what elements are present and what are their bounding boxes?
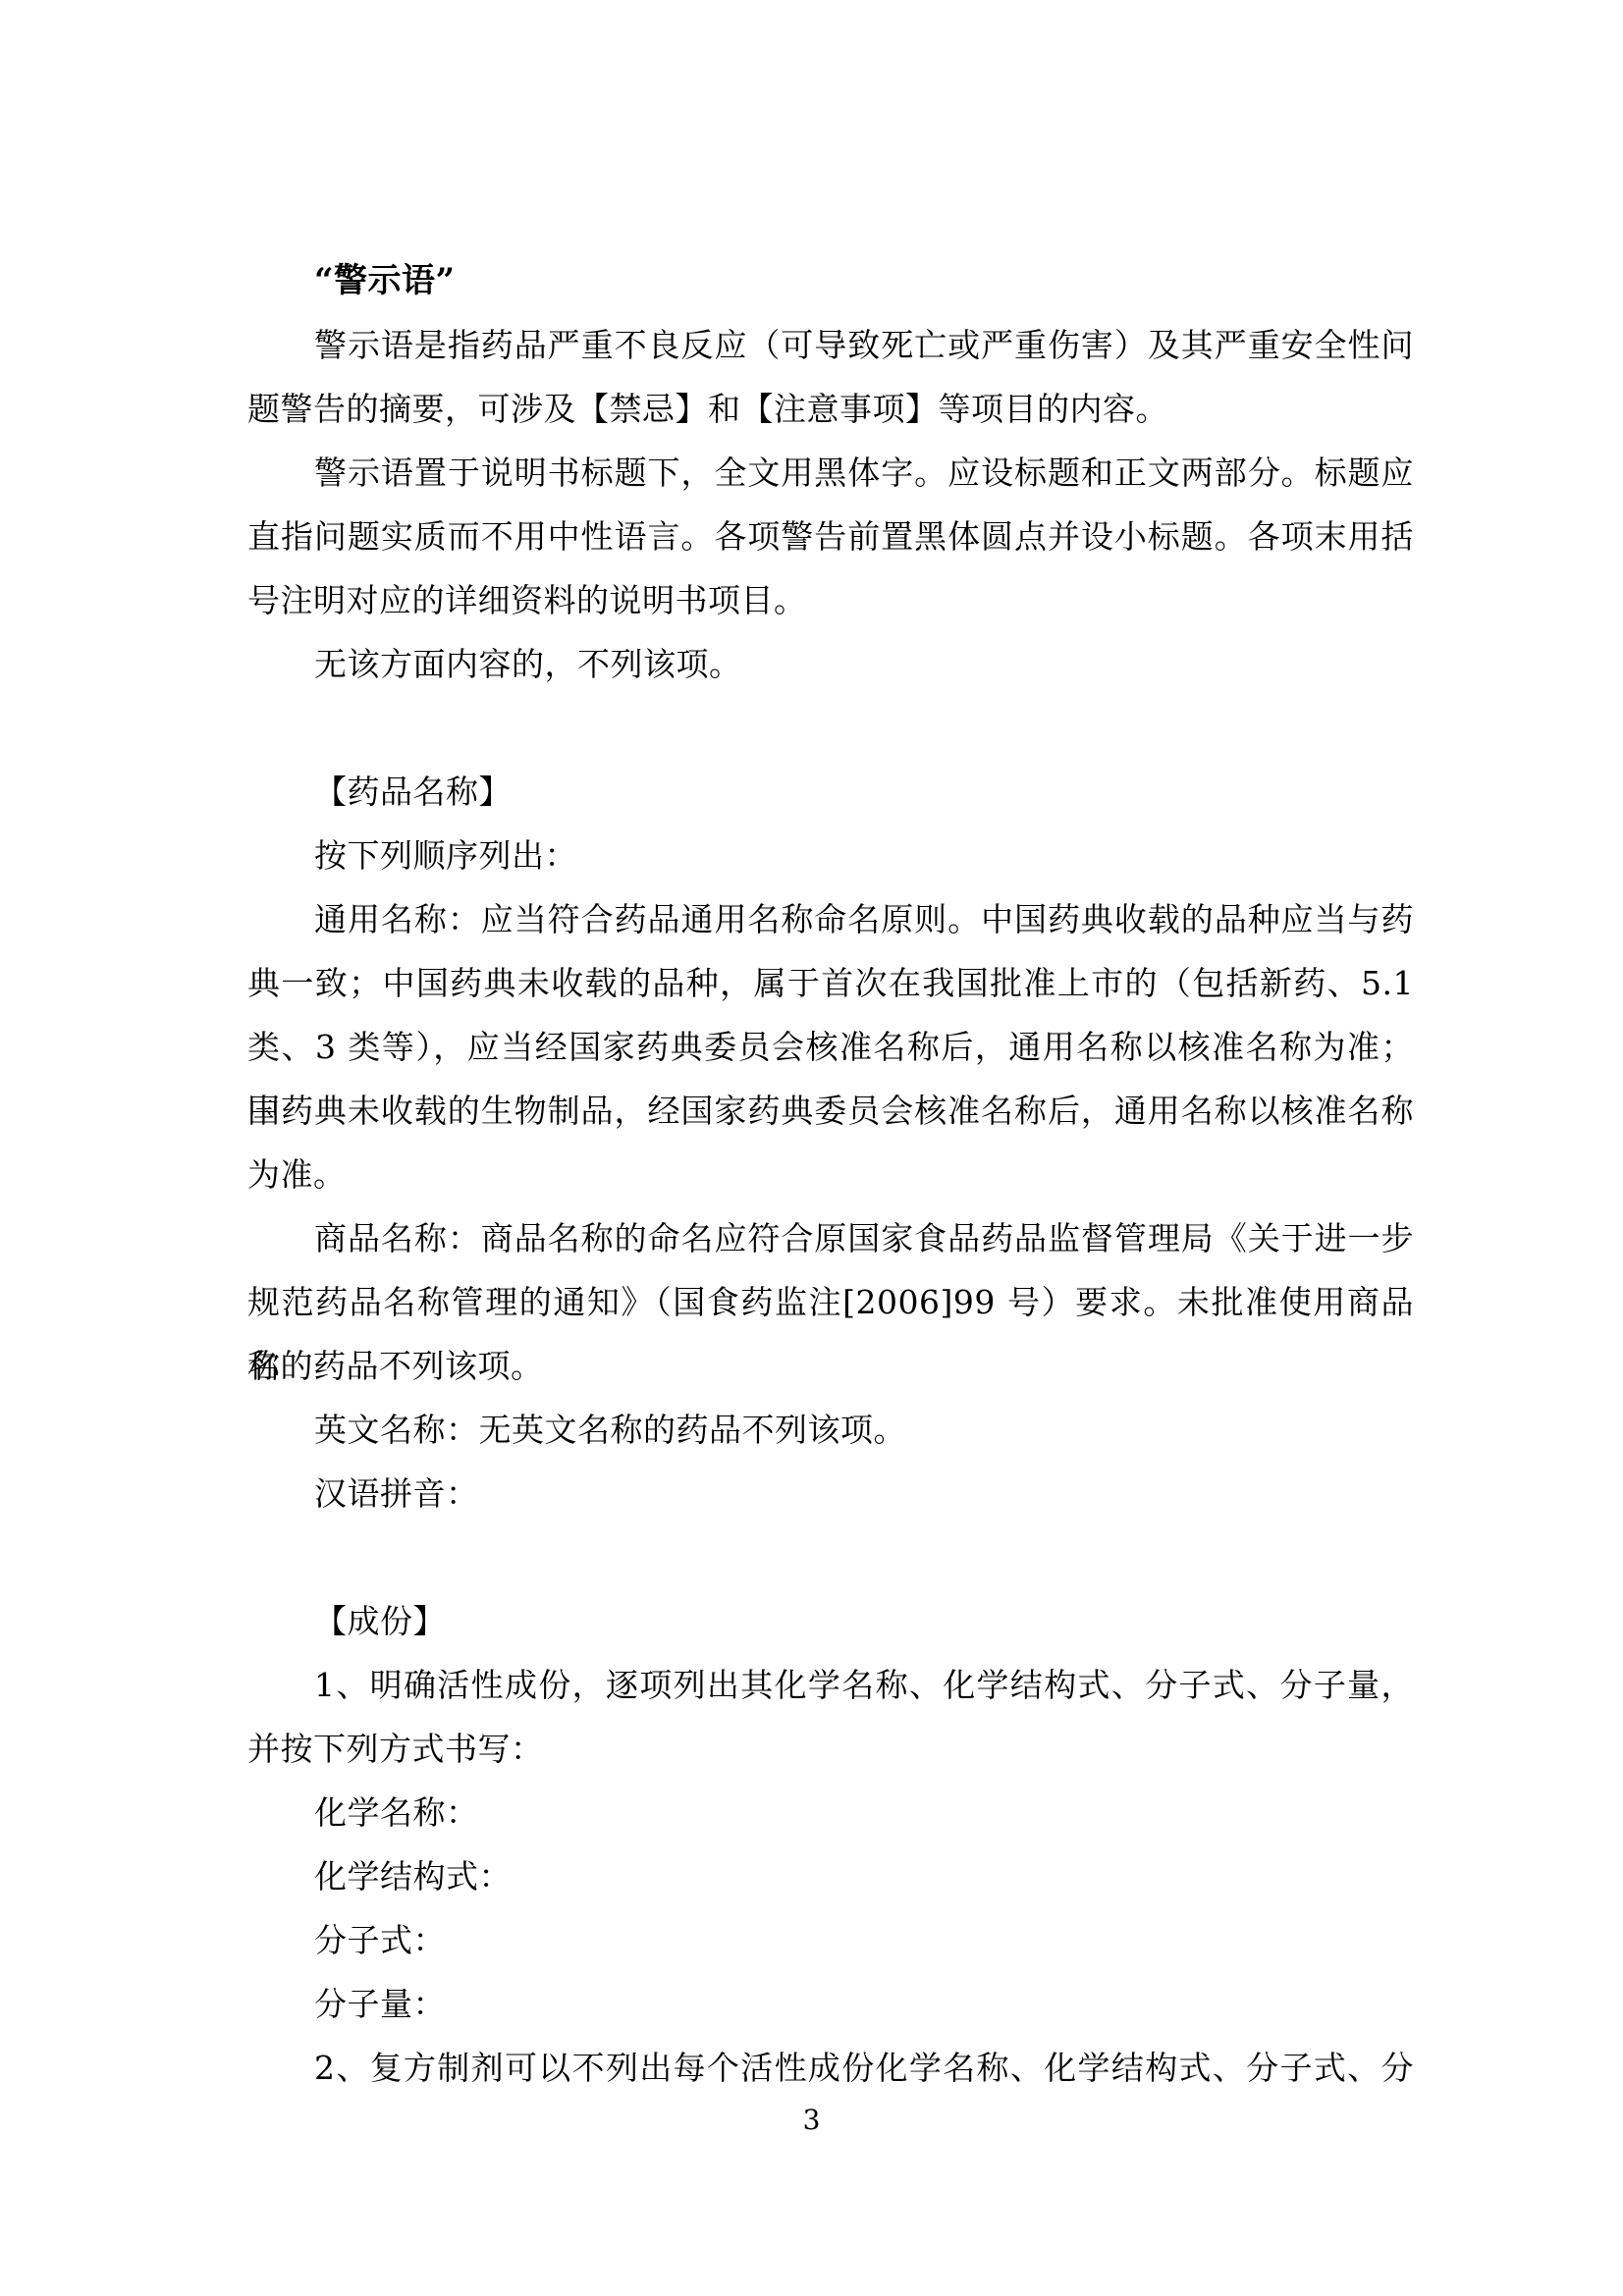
section-heading-drug-name: 【药品名称】 xyxy=(247,760,1414,824)
text-line: 直指问题实质而不用中性语言。各项警告前置黑体圆点并设小标题。各项末用括 xyxy=(247,505,1414,568)
text-line: 分子量： xyxy=(247,1972,1414,2036)
text-line: 为准。 xyxy=(247,1143,1414,1206)
text-line: 警示语是指药品严重不良反应（可导致死亡或严重伤害）及其严重安全性问 xyxy=(247,313,1414,377)
text-line: 规范药品名称管理的通知》（国食药监注[2006]99 号）要求。未批准使用商品名 xyxy=(247,1270,1414,1334)
text-line: 号注明对应的详细资料的说明书项目。 xyxy=(247,568,1414,632)
text-line: 化学结构式： xyxy=(247,1844,1414,1908)
section-heading-warning: “警示语” xyxy=(247,249,1414,313)
text-line: 商品名称：商品名称的命名应符合原国家食品药品监督管理局《关于进一步 xyxy=(247,1206,1414,1270)
text-line: 典一致；中国药典未收载的品种，属于首次在我国批准上市的（包括新药、5.1 xyxy=(247,951,1414,1015)
text-line: 通用名称：应当符合药品通用名称命名原则。中国药典收载的品种应当与药 xyxy=(247,887,1414,951)
text-line: 分子式： xyxy=(247,1908,1414,1972)
text-line: 汉语拼音： xyxy=(247,1462,1414,1525)
text-line: 并按下列方式书写： xyxy=(247,1717,1414,1781)
text-line: 称的药品不列该项。 xyxy=(247,1334,1414,1398)
text-line: 国药典未收载的生物制品，经国家药典委员会核准名称后，通用名称以核准名称 xyxy=(247,1079,1414,1143)
text-line: 题警告的摘要，可涉及【禁忌】和【注意事项】等项目的内容。 xyxy=(247,377,1414,441)
text-line: 1、明确活性成份，逐项列出其化学名称、化学结构式、分子式、分子量， xyxy=(247,1653,1414,1717)
page-content: “警示语” 警示语是指药品严重不良反应（可导致死亡或严重伤害）及其严重安全性问 … xyxy=(247,249,1414,2100)
text-line: 英文名称：无英文名称的药品不列该项。 xyxy=(247,1398,1414,1462)
text-line: 化学名称： xyxy=(247,1781,1414,1844)
text-line: 按下列顺序列出： xyxy=(247,824,1414,887)
document-page: “警示语” 警示语是指药品严重不良反应（可导致死亡或严重伤害）及其严重安全性问 … xyxy=(0,0,1623,2296)
text-line: 类、3 类等），应当经国家药典委员会核准名称后，通用名称以核准名称为准；中 xyxy=(247,1015,1414,1079)
text-line: 2、复方制剂可以不列出每个活性成份化学名称、化学结构式、分子式、分 xyxy=(247,2036,1414,2100)
section-heading-ingredients: 【成份】 xyxy=(247,1589,1414,1653)
blank-line xyxy=(247,1525,1414,1589)
text-line: 无该方面内容的，不列该项。 xyxy=(247,632,1414,696)
text-line: 警示语置于说明书标题下，全文用黑体字。应设标题和正文两部分。标题应 xyxy=(247,441,1414,505)
blank-line xyxy=(247,696,1414,760)
page-number: 3 xyxy=(0,2101,1623,2140)
